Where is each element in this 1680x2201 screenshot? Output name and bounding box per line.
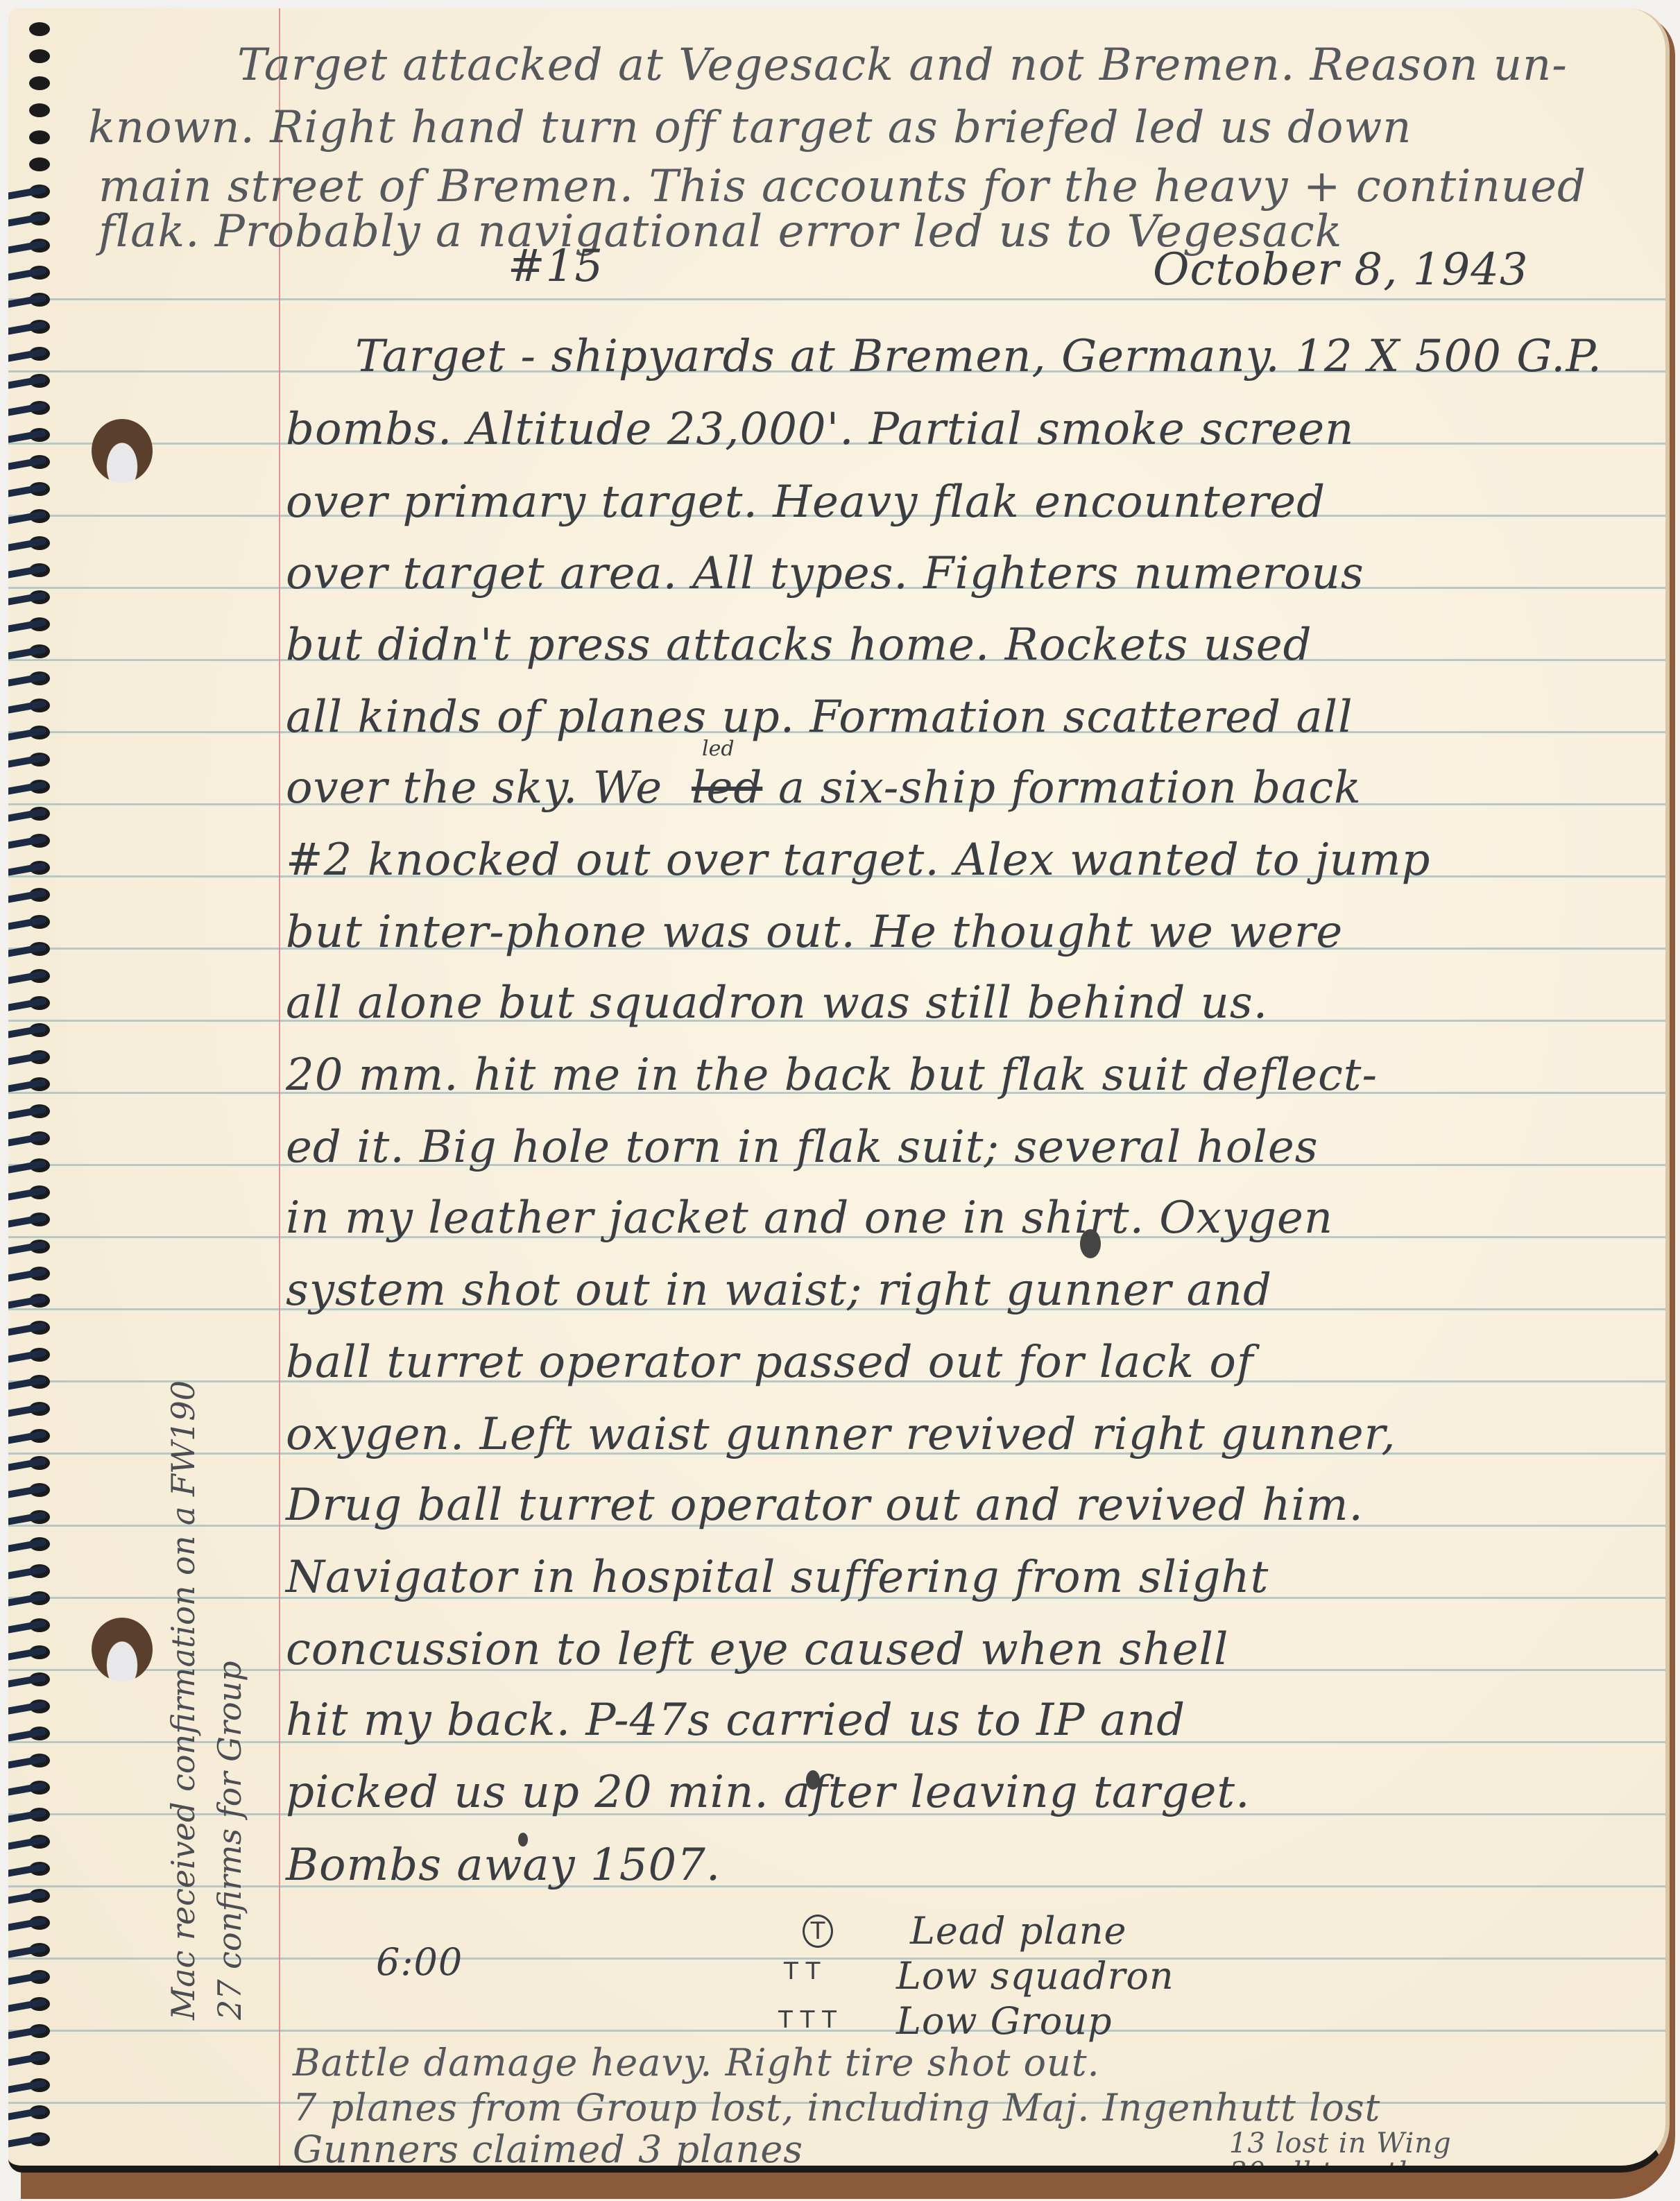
spiral-coil — [8, 1241, 46, 1256]
binder-hole-bottom — [92, 1618, 153, 1681]
spiral-coil — [8, 781, 46, 796]
perforation — [29, 22, 50, 36]
spiral-coil — [8, 402, 46, 418]
spiral-coil — [8, 1376, 46, 1391]
ink-blot — [1080, 1229, 1101, 1258]
body-line: bombs. Altitude 23,000'. Partial smoke s… — [286, 407, 1354, 452]
ink-blot — [518, 1833, 528, 1847]
spiral-coil — [8, 754, 46, 769]
spiral-coil — [8, 456, 46, 472]
footer-line: Gunners claimed 3 planes — [293, 2131, 803, 2168]
body-line: 20 mm. hit me in the back but flak suit … — [286, 1053, 1378, 1097]
spiral-coil — [8, 321, 46, 336]
body-line: but didn't press attacks home. Rockets u… — [286, 623, 1312, 667]
body-line: #2 knocked out over target. Alex wanted … — [286, 838, 1430, 882]
spiral-coil — [8, 1133, 46, 1148]
body-line: concussion to left eye caused when shell — [286, 1627, 1228, 1672]
margin-note-line: Mac received confirmation on a FW190 — [164, 1380, 202, 2020]
spiral-coil — [8, 1187, 46, 1202]
spiral-coil — [8, 1457, 46, 1473]
rule-line — [8, 1885, 1665, 1887]
body-line: system shot out in waist; right gunner a… — [286, 1268, 1272, 1312]
entry-number: #15 — [508, 244, 603, 289]
body-line: over primary target. Heavy flak encounte… — [286, 480, 1326, 524]
footer-line: 7 planes from Group lost, including Maj.… — [293, 2089, 1380, 2127]
body-line: over the sky. We — [286, 766, 662, 810]
spiral-coil — [8, 1863, 46, 1878]
spiral-coil — [8, 294, 46, 309]
perforation — [29, 130, 50, 144]
body-line: Navigator in hospital suffering from sli… — [286, 1555, 1269, 1600]
spiral-coil — [8, 2107, 46, 2122]
footer-side-note: 30 all together — [1229, 2159, 1448, 2173]
spiral-coil — [8, 483, 46, 499]
spiral-coil — [8, 240, 46, 255]
spiral-coil — [8, 1539, 46, 1554]
spiral-coil — [8, 1322, 46, 1337]
formation-label-lead: Lead plane — [910, 1912, 1127, 1950]
perforation — [29, 49, 50, 63]
spiral-coil — [8, 1836, 46, 1851]
margin-line — [279, 8, 280, 2166]
footer-line: Battle damage heavy. Right tire shot out… — [293, 2044, 1100, 2082]
spiral-coil — [8, 916, 46, 932]
body-line: over target area. All types. Fighters nu… — [286, 551, 1364, 596]
header-note-line: main street of Bremen. This accounts for… — [98, 164, 1586, 209]
spiral-coil — [8, 1566, 46, 1581]
spiral-coil — [8, 213, 46, 228]
rule-line — [8, 1958, 1665, 1960]
rule-line — [8, 298, 1665, 300]
spiral-coil — [8, 538, 46, 553]
spiral-coil — [8, 1890, 46, 1905]
binder-hole-top — [92, 419, 153, 483]
spiral-coil — [8, 2026, 46, 2041]
spiral-coil — [8, 348, 46, 363]
body-line: picked us up 20 min. after leaving targe… — [286, 1770, 1250, 1815]
rule-line — [8, 2030, 1665, 2032]
spiral-coil — [8, 375, 46, 391]
struck-word: led — [692, 766, 762, 810]
spiral-coil — [8, 1268, 46, 1283]
spiral-coil — [8, 889, 46, 905]
spiral-coil — [8, 835, 46, 850]
body-line: Drug ball turret operator out and revive… — [286, 1483, 1364, 1527]
spiral-coil — [8, 1809, 46, 1824]
spiral-coil — [8, 700, 46, 715]
spiral-coil — [8, 592, 46, 607]
spiral-coil — [8, 2053, 46, 2068]
spiral-coil — [8, 1755, 46, 1770]
spiral-coil — [8, 808, 46, 823]
spiral-coil — [8, 673, 46, 688]
body-line: hit my back. P-47s carried us to IP and — [286, 1698, 1185, 1742]
body-line: all kinds of planes up. Formation scatte… — [286, 695, 1353, 739]
spiral-coil — [8, 1971, 46, 1987]
spiral-coil — [8, 1701, 46, 1716]
formation-symbol-group: T T T — [778, 2006, 837, 2034]
spiral-coil — [8, 997, 46, 1013]
body-line: oxygen. Left waist gunner revived right … — [286, 1412, 1396, 1457]
formation-label-group: Low Group — [896, 2003, 1113, 2040]
spiral-coil — [8, 1214, 46, 1229]
body-line: but inter-phone was out. He thought we w… — [286, 910, 1343, 954]
entry-date: October 8, 1943 — [1153, 248, 1529, 292]
spiral-coil — [8, 727, 46, 742]
spiral-coil — [8, 1403, 46, 1419]
spiral-coil — [8, 619, 46, 634]
body-line: ball turret operator passed out for lack… — [286, 1340, 1254, 1385]
ink-blot — [806, 1770, 820, 1790]
spiral-coil — [8, 1484, 46, 1500]
spiral-coil — [8, 1674, 46, 1689]
flight-time: 6:00 — [376, 1944, 463, 1981]
spiral-coil — [8, 970, 46, 986]
header-note-line: Target attacked at Vegesack and not Brem… — [237, 43, 1568, 87]
spiral-coil — [8, 1593, 46, 1608]
spiral-coil — [8, 1349, 46, 1364]
formation-symbol-squadron: T T — [784, 1958, 820, 1985]
spiral-coil — [8, 1647, 46, 1662]
footer-side-note: 13 lost in Wing — [1229, 2130, 1452, 2157]
perforation — [29, 76, 50, 90]
formation-label-squadron: Low squadron — [896, 1958, 1174, 1995]
spiral-coil — [8, 267, 46, 282]
spiral-coil — [8, 1998, 46, 2014]
spiral-coil — [8, 943, 46, 959]
notebook-page: Target attacked at Vegesack and not Brem… — [8, 8, 1670, 2173]
spiral-coil — [8, 565, 46, 580]
perforation — [29, 157, 50, 171]
margin-note-line: 27 confirms for Group — [211, 1661, 248, 2020]
spiral-coil — [8, 2134, 46, 2149]
body-line: a six-ship formation back — [778, 766, 1362, 810]
body-line: in my leather jacket and one in shirt. O… — [286, 1196, 1333, 1240]
spiral-coil — [8, 1430, 46, 1446]
formation-symbol-lead: T — [803, 1915, 833, 1948]
spiral-coil — [8, 186, 46, 201]
spiral-coil — [8, 1025, 46, 1040]
body-line: Bombs away 1507. — [286, 1843, 721, 1887]
spiral-coil — [8, 1106, 46, 1121]
spiral-coil — [8, 1917, 46, 1933]
spiral-coil — [8, 1620, 46, 1635]
body-line: Target - shipyards at Bremen, Germany. 1… — [355, 334, 1602, 379]
inserted-word: led — [702, 737, 735, 761]
spiral-coil — [8, 1160, 46, 1175]
spiral-coil — [8, 1782, 46, 1797]
spiral-coil — [8, 511, 46, 526]
body-line: ed it. Big hole torn in flak suit; sever… — [286, 1125, 1319, 1170]
perforation — [29, 103, 50, 117]
body-line: all alone but squadron was still behind … — [286, 981, 1268, 1025]
spiral-coil — [8, 1052, 46, 1067]
spiral-coil — [8, 2080, 46, 2095]
header-note-line: known. Right hand turn off target as bri… — [88, 105, 1412, 150]
